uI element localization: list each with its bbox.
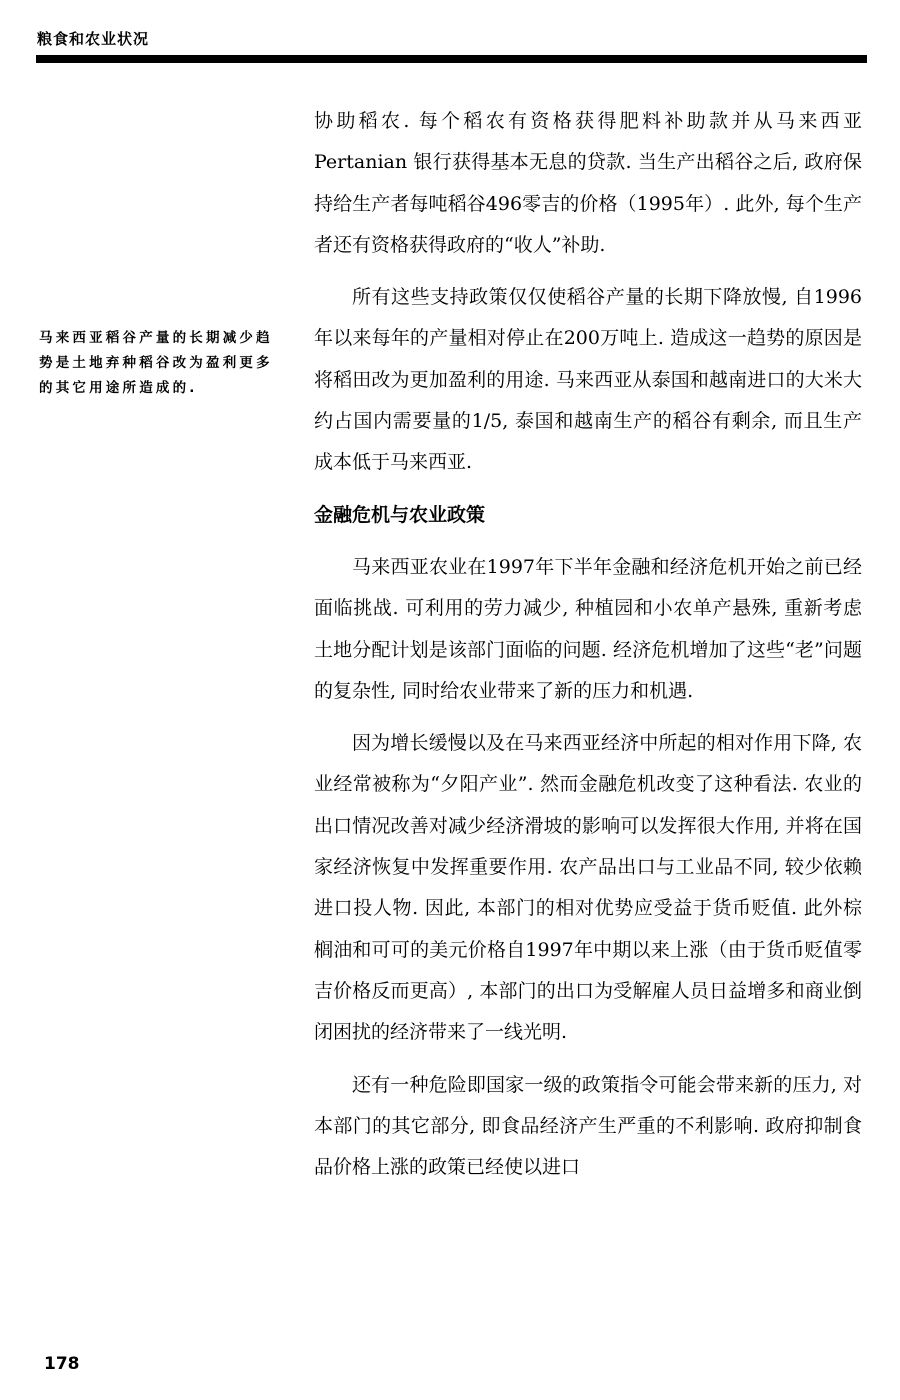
- margin-note: 马来西亚稻谷产量的长期减少趋势是土地弃种稻谷改为盈利更多的其它用途所造成的.: [39, 326, 279, 401]
- paragraph-continued: 协助稻农. 每个稻农有资格获得肥料补助款并从马来西亚 Pertanian 银行获…: [314, 101, 862, 266]
- section-heading: 金融危机与农业政策: [314, 495, 862, 536]
- running-title: 粮食和农业状况: [37, 28, 149, 49]
- main-text-column: 协助稻农. 每个稻农有资格获得肥料补助款并从马来西亚 Pertanian 银行获…: [314, 101, 862, 1188]
- header-rule: [36, 55, 867, 63]
- paragraph: 还有一种危险即国家一级的政策指令可能会带来新的压力, 对本部门的其它部分, 即食…: [314, 1065, 862, 1189]
- paragraph: 所有这些支持政策仅仅使稻谷产量的长期下降放慢, 自1996年以来每年的产量相对停…: [314, 277, 862, 483]
- page-number: 178: [44, 1354, 80, 1374]
- paragraph: 因为增长缓慢以及在马来西亚经济中所起的相对作用下降, 农业经常被称为“夕阳产业”…: [314, 723, 862, 1053]
- paragraph: 马来西亚农业在1997年下半年金融和经济危机开始之前已经面临挑战. 可利用的劳力…: [314, 547, 862, 712]
